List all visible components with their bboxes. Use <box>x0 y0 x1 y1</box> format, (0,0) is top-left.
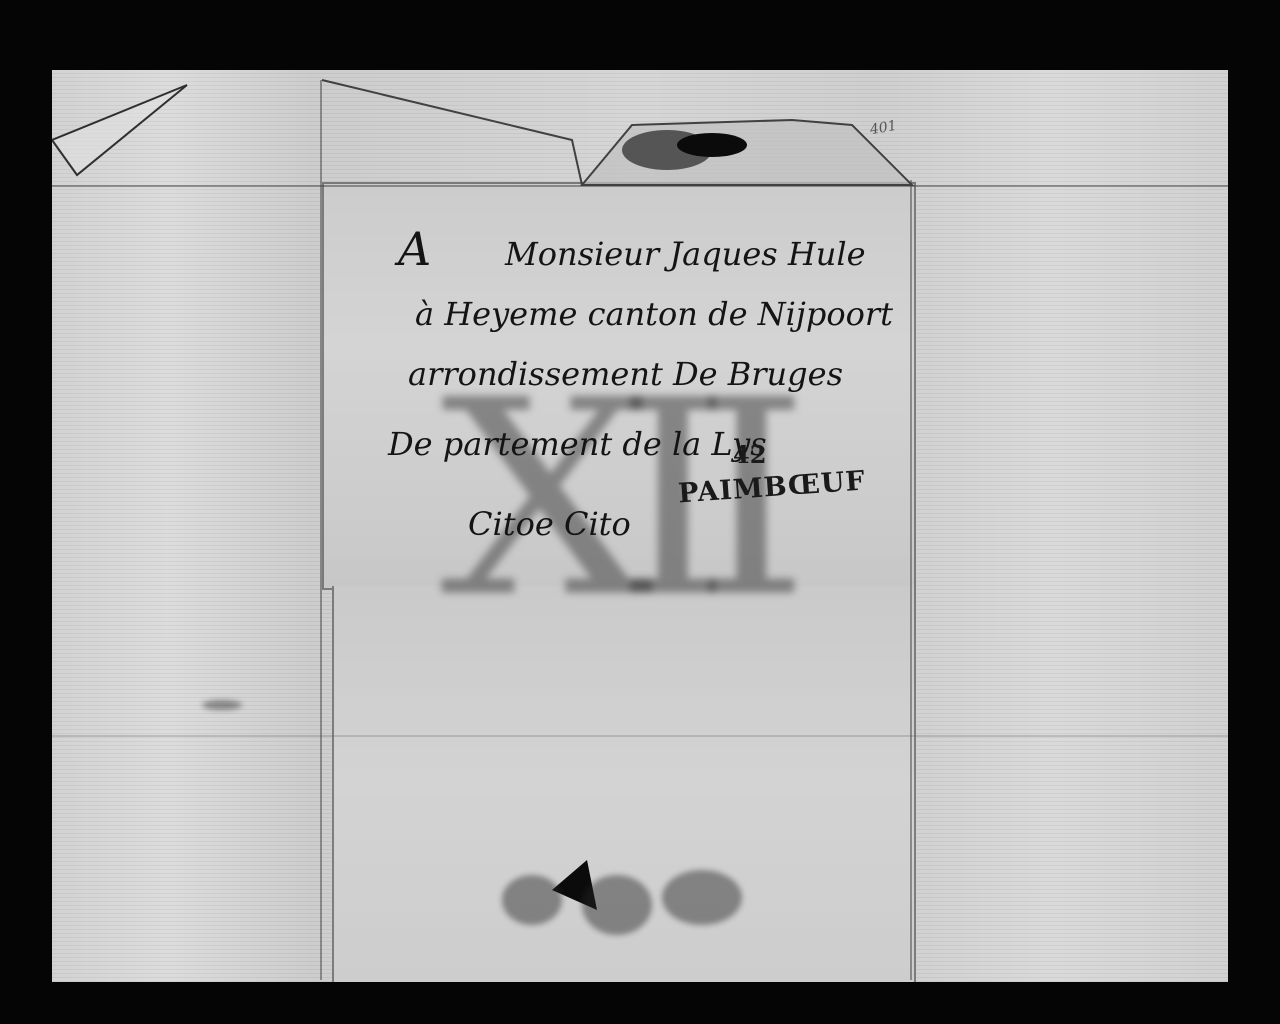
wax-stain <box>582 875 652 935</box>
address-line-1: Monsieur Jaques Hule <box>505 235 866 273</box>
address-line-3: arrondissement De Bruges <box>408 355 843 393</box>
address-line-2: à Heyeme canton de Nijpoort <box>415 295 893 333</box>
postal-stamp-number: 42 <box>733 440 766 469</box>
wax-stain <box>662 870 742 925</box>
address-line-4: De partement de la Lys <box>388 425 767 463</box>
address-line-5: Citoe Cito <box>468 505 631 543</box>
salutation-flourish: A <box>398 222 431 276</box>
wax-stain <box>502 875 562 925</box>
ink-spot <box>202 700 242 710</box>
